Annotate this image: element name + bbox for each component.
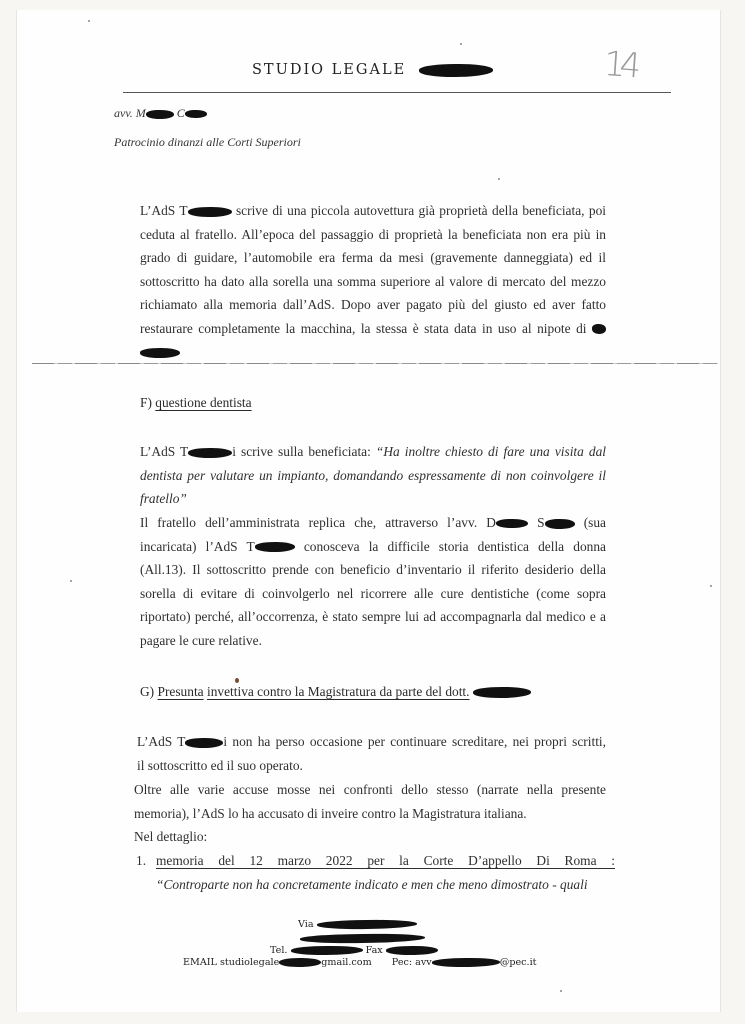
redaction-mark bbox=[496, 519, 528, 529]
letterhead-tagline: Patrocinio dinanzi alle Corti Superiori bbox=[114, 135, 301, 150]
text-line: sottoscritto ha dato alla sorella una so… bbox=[140, 270, 606, 294]
section-title-part: invettiva contro la Magistratura da part… bbox=[207, 684, 470, 699]
text-fragment: S bbox=[528, 515, 545, 530]
list-number: 1. bbox=[136, 849, 146, 873]
section-g-heading: G) Presunta invettiva contro la Magistra… bbox=[140, 684, 531, 700]
text-fragment: conosceva la difficile storia dentistica… bbox=[295, 539, 606, 554]
section-g-paragraph-2: Oltre alle varie accuse mosse nei confro… bbox=[134, 778, 606, 849]
text-line: memoria), l’AdS lo ha accusato di inveir… bbox=[134, 802, 606, 826]
section-letter: G) bbox=[140, 684, 154, 699]
pec-prefix: avv bbox=[415, 957, 432, 968]
section-g-paragraph-1: L’AdS Ti non ha perso occasione per cont… bbox=[137, 730, 606, 777]
text-fragment: L’AdS T bbox=[137, 734, 185, 749]
scan-speck bbox=[560, 990, 562, 992]
pec-label: Pec: bbox=[392, 957, 412, 968]
text-line: L’AdS Ti non ha perso occasione per cont… bbox=[137, 730, 606, 754]
redaction-mark bbox=[300, 933, 425, 944]
text-line: Oltre alle varie accuse mosse nei confro… bbox=[134, 778, 606, 802]
redaction-mark bbox=[185, 110, 207, 118]
redaction-mark bbox=[140, 348, 180, 359]
redaction-mark bbox=[185, 738, 223, 749]
text-fragment: i non ha perso occasione per continuare … bbox=[223, 734, 606, 749]
redaction-mark bbox=[187, 207, 231, 218]
redaction-mark bbox=[544, 519, 574, 530]
letterhead-title: STUDIO LEGALE bbox=[252, 62, 493, 78]
footer-address-line-2 bbox=[300, 933, 425, 944]
scan-speck bbox=[70, 580, 72, 582]
fax-label: Fax bbox=[366, 945, 383, 956]
text-fragment: i scrive sulla beneficiata: bbox=[232, 444, 376, 459]
text-line: ceduta al fratello. All’epoca del passag… bbox=[140, 223, 606, 247]
text-fragment: restaurare completamente la macchina, la… bbox=[140, 321, 587, 336]
text-line: Nel dettaglio: bbox=[134, 825, 606, 849]
footer-address: Via bbox=[298, 919, 417, 930]
lawyer-name-text: avv. M bbox=[114, 106, 146, 120]
section-f-paragraph-2: Il fratello dell’amministrata replica ch… bbox=[140, 511, 606, 652]
section-title-part: Presunta bbox=[158, 684, 204, 699]
text-fragment: L’AdS T bbox=[140, 444, 188, 459]
section-f-heading: F) questione dentista bbox=[140, 395, 252, 411]
text-fragment: incaricata) l’AdS T bbox=[140, 539, 255, 554]
lawyer-surname-initial: C bbox=[174, 106, 185, 120]
text-line: L’AdS T scrive di una piccola autovettur… bbox=[140, 199, 606, 223]
email-prefix: studiolegale bbox=[220, 957, 279, 968]
redaction-mark bbox=[432, 957, 500, 967]
text-line: incaricata) l’AdS T conosceva la diffici… bbox=[140, 535, 606, 559]
email-domain: gmail.com bbox=[321, 957, 371, 968]
scan-speck bbox=[710, 585, 712, 587]
tel-label: Tel. bbox=[270, 945, 287, 956]
text-line: Il fratello dell’amministrata replica ch… bbox=[140, 511, 606, 535]
text-fragment: L’AdS T bbox=[140, 203, 188, 218]
text-line: sorella di evitare di coinvolgerlo nel r… bbox=[140, 582, 606, 606]
footer-phone: Tel. Fax bbox=[270, 945, 438, 956]
handwritten-page-number: 14 bbox=[603, 44, 637, 86]
redaction-mark bbox=[592, 324, 606, 334]
redaction-mark bbox=[472, 687, 530, 699]
text-fragment: scrive di una piccola autovettura già pr… bbox=[232, 203, 606, 218]
email-label: EMAIL bbox=[183, 957, 217, 968]
quoted-text-line: dentista per valutare un impianto, doman… bbox=[140, 464, 606, 488]
redaction-mark bbox=[386, 946, 438, 956]
letterhead-title-text: STUDIO LEGALE bbox=[252, 62, 406, 78]
text-line: grado di guidare, l’automobile era ferma… bbox=[140, 246, 606, 270]
scan-speck bbox=[235, 678, 239, 683]
address-label: Via bbox=[298, 919, 314, 930]
redaction-mark bbox=[317, 919, 417, 930]
scan-page-join-line bbox=[32, 363, 718, 364]
quoted-text-line: fratello” bbox=[140, 487, 606, 511]
text-line: restaurare completamente la macchina, la… bbox=[140, 317, 606, 341]
text-line: pagare le cure relative. bbox=[140, 629, 606, 653]
pec-domain: @pec.it bbox=[500, 957, 537, 968]
text-fragment: (sua bbox=[575, 515, 606, 530]
redaction-mark bbox=[255, 542, 295, 553]
text-line: riportato) perché, all’occorrenza, è sta… bbox=[140, 605, 606, 629]
paragraph-car: L’AdS T scrive di una piccola autovettur… bbox=[140, 199, 606, 364]
text-line: il sottoscritto ed il suo operato. bbox=[137, 754, 606, 778]
section-title: questione dentista bbox=[155, 395, 251, 410]
scan-speck bbox=[498, 178, 500, 180]
text-fragment: Il fratello dell’amministrata replica ch… bbox=[140, 515, 496, 530]
scan-speck bbox=[88, 20, 90, 22]
lawyer-name: avv. M C bbox=[114, 106, 207, 121]
redaction-mark bbox=[290, 945, 362, 955]
text-line bbox=[140, 340, 606, 364]
footer-email: EMAIL studiolegalegmail.com Pec: avv@pec… bbox=[183, 957, 537, 968]
scan-speck bbox=[460, 43, 462, 45]
section-letter: F) bbox=[140, 395, 152, 410]
text-line: L’AdS Ti scrive sulla beneficiata: “Ha i… bbox=[140, 440, 606, 464]
redaction-mark bbox=[279, 958, 321, 968]
redaction-mark bbox=[188, 448, 232, 459]
redaction-mark bbox=[146, 110, 174, 119]
redaction-mark bbox=[419, 63, 493, 77]
text-line: (All.13). Il sottoscritto prende con ben… bbox=[140, 558, 606, 582]
section-f-paragraph-1: L’AdS Ti scrive sulla beneficiata: “Ha i… bbox=[140, 440, 606, 511]
text-line: richiamato alla memoria dall’AdS. Dopo a… bbox=[140, 293, 606, 317]
quoted-text-line: “Controparte non ha concretamente indica… bbox=[156, 873, 615, 897]
quoted-text: “Ha inoltre chiesto di fare una visita d… bbox=[376, 444, 606, 459]
list-item-heading: memoria del 12 marzo 2022 per la Corte D… bbox=[156, 849, 615, 873]
letterhead-rule bbox=[123, 92, 671, 93]
